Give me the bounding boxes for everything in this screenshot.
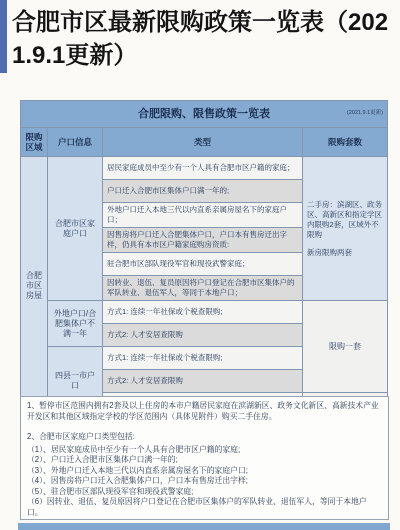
type-cell: 因售房将户口迁入合肥集体户口，户口本有售房迁出字样，仍具有本市区户籍家庭购房资质… [103,228,303,253]
type-cell: 方式2: 人才安居查限购 [103,324,303,347]
quota-group-1: 二手房：滨湖区、政务区、高新区和指定学区内限购2套，区域外不限购 新房限购两套 [303,157,388,301]
hukou-group-1: 合肥市区家庭户口 [48,157,103,301]
note-2-item: （3）、外地户口迁入本地三代以内直系亲属房屋名下的家庭户口; [27,466,382,477]
note-2-item: （2）、户口迁入合肥市区集体户口满一年的; [27,455,382,466]
note-2-item: （5）、驻合肥市区部队现役军官和现役武警家庭; [27,487,382,498]
quota-secondhand: 二手房：滨湖区、政务区、高新区和指定学区内限购2套，区域外不限购 [307,200,383,240]
hukou-group-2: 外地户口/合肥集体户不满一年 [48,301,103,347]
table-row: 外地户口/合肥集体户不满一年 方式1: 连续一年社保或个税查限购; 限购一套 [21,301,388,324]
note-2-item: （1）、居民家庭成员中至少有一个人具有合肥市区户籍的家庭; [27,445,382,456]
top-accent-bar [0,0,7,73]
note-2-item: （4）、因售房将户口迁入合肥集体户口，户口本有售房迁出字样; [27,476,382,487]
col-header-type: 类型 [103,128,303,157]
col-header-hukou: 户口信息 [48,128,103,157]
type-cell: 外地户口迁入本地三代以内直系亲属房屋名下的家庭户口； [103,203,303,228]
quota-group-2: 限购一套 [303,301,388,393]
next-section-header-strip [18,523,390,530]
type-cell: 方式1: 连续一年社保或个税查限购; [103,301,303,324]
notes-box: 1、暂停市区范围内拥有2套及以上住房的本市户籍居民家庭在滨湖新区、政务文化新区、… [20,396,389,520]
type-cell: 方式1: 连续一年社保或个税查限购; [103,347,303,370]
type-cell: 因转业、退伍、复员原因将户口登记在合肥市区集体户的军队转业、退伍军人，等同于本地… [103,276,303,301]
table-update-note: (2021.9.1更新) [347,108,383,118]
type-cell: 驻合肥市区部队现役军官和现役武警家庭； [103,253,303,276]
type-cell: 户口迁入合肥市区集体户口满一年的; [103,180,303,203]
region-label: 合肥市区房屋 [21,157,48,416]
policy-table: 合肥限购、限售政策一览表 (2021.9.1更新) 限购区域 户口信息 类型 限… [20,100,388,435]
page-title: 合肥市区最新限购政策一览表（2021.9.1更新） [12,6,396,72]
col-header-region: 限购区域 [21,128,48,157]
table-title: 合肥限购、限售政策一览表 [25,109,383,119]
quota-newhome: 新房限购两套 [307,248,383,258]
col-header-quota: 限购套数 [303,128,388,157]
note-2-title: 2、合肥市区家庭户口类型包括: [27,432,382,443]
table-row: 合肥市区房屋 合肥市区家庭户口 居民家庭成员中至少有一个人具有合肥市区户籍的家庭… [21,157,388,180]
note-2-item: （6）因转业、退伍、复员原因将户口登记在合肥市区集体户的军队转业、退伍军人，等同… [27,497,382,518]
table-title-row: 合肥限购、限售政策一览表 (2021.9.1更新) [21,101,388,128]
screenshot-canvas: 合肥市区最新限购政策一览表（2021.9.1更新） 合肥限购、限售政策一览表 (… [0,0,400,530]
type-cell: 方式2: 人才安居查限购 [103,370,303,393]
column-header-row: 限购区域 户口信息 类型 限购套数 [21,128,388,157]
note-1: 1、暂停市区范围内拥有2套及以上住房的本市户籍居民家庭在滨湖新区、政务文化新区、… [27,401,382,422]
type-cell: 居民家庭成员中至少有一个人具有合肥市区户籍的家庭； [103,157,303,180]
